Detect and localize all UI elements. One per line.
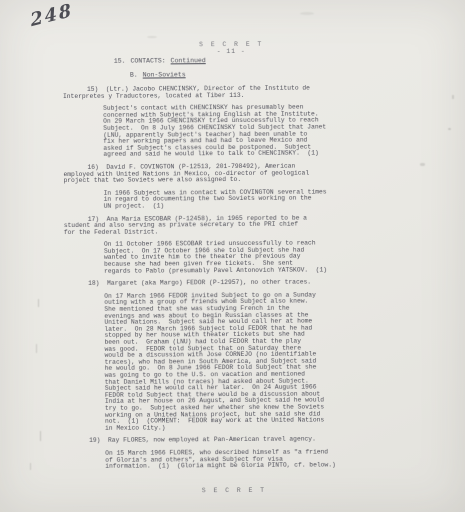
contact-entry-paragraph: On 15 March 1966 FLORES, who described h… [105,449,405,471]
scan-artifact [36,344,37,353]
contact-entry-19: 19) Ray FLORES, now employed at Pan-Amer… [1,436,465,471]
contacts-list: 15) (Ltr.) Jacobo CHENCINSKY, Director o… [0,79,465,472]
subsection-label: B. [130,72,138,79]
document-page: 248 S E C R E T - 11 - 15.CONTACTS:Conti… [0,0,465,512]
contact-entry-16: 16) David F. COVINGTON (P-12513, 201-798… [0,163,465,211]
classification-footer: S E C R E T [1,486,465,496]
scan-artifact [448,128,451,130]
scan-artifact [30,463,31,470]
contact-entry-18: 18) Margaret (aka Margo) FEDOR (P-12957)… [0,279,465,433]
scan-artifact [452,95,454,99]
subsection-title: Non-Soviets [143,71,186,78]
scanned-text-layer: S E C R E T - 11 - 15.CONTACTS:Continued… [0,0,465,512]
contact-entry-paragraph: In 1966 Subject was in contact with COVI… [104,189,404,211]
scan-artifact [420,163,425,166]
page-number: - 11 - [0,47,464,57]
contact-entry-header: 15) (Ltr.) Jacobo CHENCINSKY, Director o… [63,85,408,100]
scan-artifact [38,299,39,307]
section-number: 15. [114,58,126,65]
contact-entry-15: 15) (Ltr.) Jacobo CHENCINSKY, Director o… [0,85,464,160]
contact-entry-header: 16) David F. COVINGTON (P-12513, 201-798… [63,163,408,185]
scan-artifact [300,12,314,15]
contact-entry-paragraph: On 17 March 1966 FEDOR invited Subject t… [104,292,405,432]
contact-entry-header: 18) Margaret (aka Margo) FEDOR (P-12957)… [64,279,409,288]
contact-entry-header: 17) Ana Maria ESCOBAR (P-12458), in 1965… [64,214,409,236]
subsection-heading: B.Non-Soviets [130,71,191,78]
contact-entry-paragraph: On 11 October 1966 ESCOBAR tried unsucce… [104,240,404,275]
scan-artifact [40,431,41,441]
contact-entry-17: 17) Ana Maria ESCOBAR (P-12458), in 1965… [0,214,465,276]
section-continued: Continued [171,57,206,64]
contact-entry-paragraph: Subject's contact with CHENCINSKY has pr… [103,104,403,159]
section-title: CONTACTS: [130,57,165,64]
contact-entry-header: 19) Ray FLORES, now employed at Pan-Amer… [65,436,410,445]
scan-artifact [147,36,157,38]
section-heading: 15.CONTACTS:Continued [114,57,211,65]
